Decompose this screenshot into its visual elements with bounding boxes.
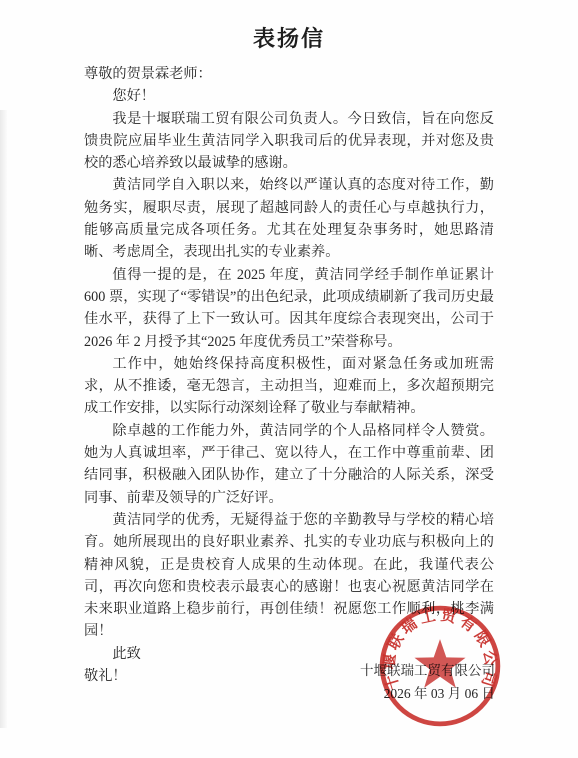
body-paragraph: 工作中，她始终保持高度积极性，面对紧急任务或加班需求，从不推诿，毫无怨言，主动担… bbox=[84, 353, 494, 420]
body-paragraph: 除卓越的工作能力外，黄洁同学的个人品格同样令人赞赏。她为人真诚坦率，严于律己、宽… bbox=[84, 420, 494, 509]
scanned-letter-page: 表扬信 尊敬的贺景霖老师： 您好！ 我是十堰联瑞工贸有限公司负责人。今日致信，旨… bbox=[0, 0, 578, 758]
salutation-line: 尊敬的贺景霖老师： bbox=[84, 63, 494, 85]
greeting-line: 您好！ bbox=[84, 85, 494, 107]
seal-star-icon bbox=[414, 639, 465, 688]
body-paragraph: 我是十堰联瑞工贸有限公司负责人。今日致信，旨在向您反馈贵院应届毕业生黄洁同学入职… bbox=[84, 108, 494, 175]
body-paragraph: 黄洁同学自入职以来，始终以严谨认真的态度对待工作，勤勉务实，履职尽责，展现了超越… bbox=[84, 174, 494, 263]
letter-body: 表扬信 尊敬的贺景霖老师： 您好！ 我是十堰联瑞工贸有限公司负责人。今日致信，旨… bbox=[0, 26, 578, 687]
body-paragraph: 值得一提的是，在 2025 年度，黄洁同学经手制作单证累计 600 票，实现了“… bbox=[84, 264, 494, 353]
company-seal-stamp: 十堰联瑞工贸有限公司 bbox=[378, 604, 502, 728]
letter-title: 表扬信 bbox=[84, 26, 494, 54]
